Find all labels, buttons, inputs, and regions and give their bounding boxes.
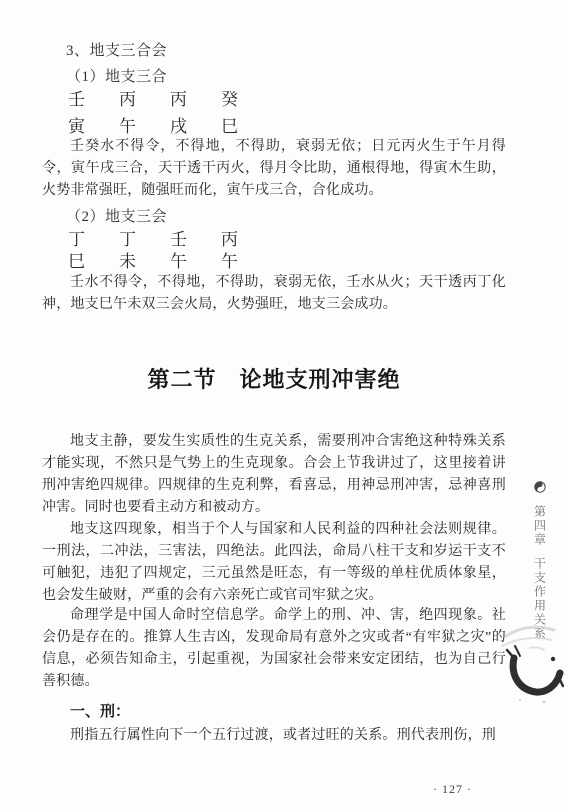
- section-paragraph-3: 命理学是中国人命时空信息学。命学上的刑、冲、害，绝四现象。社会仍是存在的。推算人…: [42, 605, 506, 693]
- section-title: 第二节 论地支刑冲害绝: [42, 363, 506, 394]
- stem: 壬: [68, 88, 119, 112]
- stem: 丙: [119, 88, 170, 112]
- branch: 巳: [68, 250, 119, 274]
- stem: 丙: [221, 228, 272, 252]
- section-paragraph-4: 刑指五行属性向下一个五行过渡，或者过旺的关系。刑代表刑伤，刑: [42, 725, 506, 747]
- branch: 午: [221, 250, 272, 274]
- page-number: · 127 ·: [433, 782, 472, 797]
- item2-branches-row: 巳未午午: [42, 250, 532, 274]
- item1-stems-row: 壬丙丙癸: [42, 88, 532, 112]
- book-page: 3、地支三合会 （1）地支三合 壬丙丙癸 寅午戌巳 壬癸水不得令，不得地，不得助…: [0, 0, 568, 812]
- sub-heading-xing: 一、刑：: [42, 700, 534, 721]
- branch: 午: [170, 250, 221, 274]
- item1-heading: （1）地支三合: [42, 66, 530, 88]
- stem: 癸: [221, 88, 272, 112]
- stem: 丁: [119, 228, 170, 252]
- stem: 丙: [170, 88, 221, 112]
- section-paragraph-2: 地支这四现象，相当于个人与国家和人民利益的四种社会法则规律。一刑法，二冲法，三害…: [42, 519, 506, 607]
- branch: 未: [119, 250, 170, 274]
- item2-analysis-paragraph: 壬水不得令，不得地，不得助，衰弱无依，壬水从火；天干透丙丁化神，地支巳午未双三会…: [42, 272, 506, 316]
- ink-brush-illustration: [500, 614, 564, 714]
- section-paragraph-1: 地支主静，要发生实质性的生克关系，需要刑冲合害绝这种特殊关系才能实现，不然只是气…: [42, 431, 506, 519]
- item1-analysis-paragraph: 壬癸水不得令，不得地，不得助，衰弱无依；日元丙火生于午月得令，寅午戌三合，天干透…: [42, 136, 506, 202]
- margin-chapter-label: 第四章: [532, 505, 549, 547]
- taiji-moon-icon: [534, 480, 546, 498]
- stem: 丁: [68, 228, 119, 252]
- stem: 壬: [170, 228, 221, 252]
- item2-heading: （2）地支三会: [42, 206, 530, 228]
- list-heading: 3、地支三合会: [42, 40, 530, 62]
- item2-stems-row: 丁丁壬丙: [42, 228, 532, 252]
